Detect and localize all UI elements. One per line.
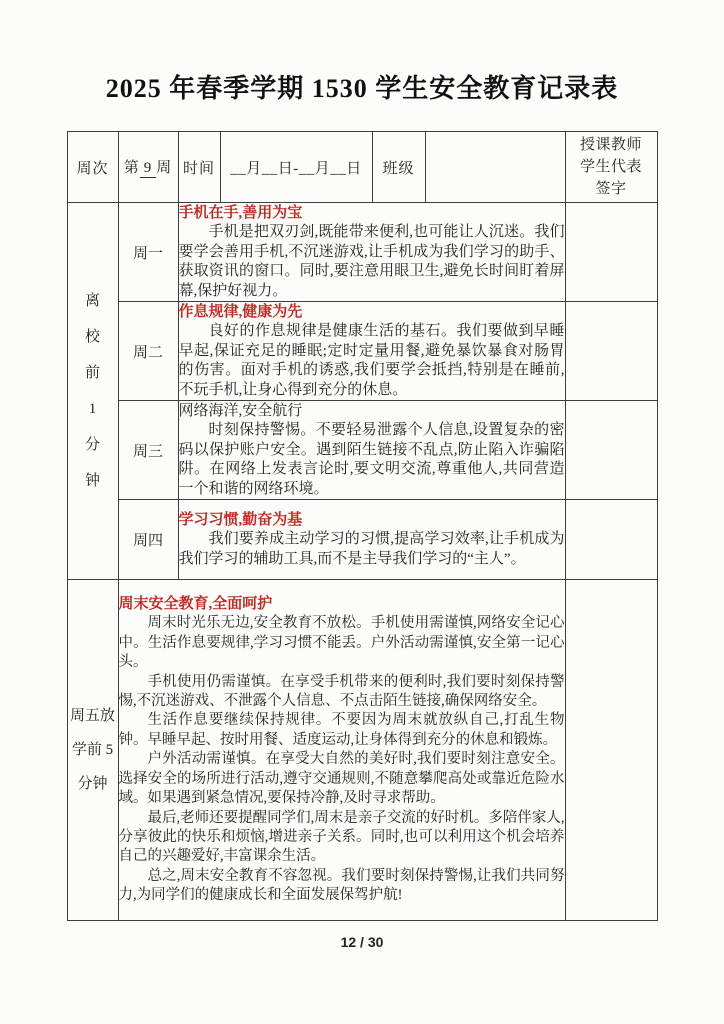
signature-cell <box>565 401 657 500</box>
topic-body: 我们要养成主动学习的习惯,提高学习效率,让手机成为我们学习的辅助工具,而不是主导… <box>179 530 565 569</box>
signer-header-cell: 授课教师 学生代表 签字 <box>565 132 657 203</box>
table-header-row: 周次 第9周 时间 __月__日-__月__日 班级 授课教师 学生代表 签字 <box>67 132 657 203</box>
topic-paragraph: 总之,周末安全教育不容忽视。我们要时刻保持警惕,让我们共同努力,为同学们的健康成… <box>119 867 565 906</box>
time-value-cell: __月__日-__月__日 <box>220 132 372 203</box>
topic-paragraph: 周末时光乐无边,安全教育不放松。手机使用需谨慎,网络安全记心中。生活作息要规律,… <box>119 614 565 672</box>
page-number: 12 / 30 <box>0 934 724 950</box>
topic-body: 良好的作息规律是健康生活的基石。我们要做到早睡早起,保证充足的睡眠;定时定量用餐… <box>179 322 565 400</box>
document-page: 2025 年春季学期 1530 学生安全教育记录表 周次 第9周 时间 __月_… <box>0 0 724 1024</box>
day-label-monday: 周一 <box>118 203 178 302</box>
week-suffix: 周 <box>156 160 172 176</box>
content-cell-thursday: 学习习惯,勤奋为基 我们要养成主动学习的习惯,提高学习效率,让手机成为我们学习的… <box>178 500 565 580</box>
signature-cell <box>565 203 657 302</box>
content-cell-tuesday: 作息规律,健康为先 良好的作息规律是健康生活的基石。我们要做到早睡早起,保证充足… <box>178 302 565 401</box>
table-row: 离 校 前 1 分 钟 周一 手机在手,善用为宝 手机是把双刃剑,既能带来便利,… <box>67 203 657 302</box>
table-row: 周五放 学前 5 分钟 周末安全教育,全面呵护 周末时光乐无边,安全教育不放松。… <box>67 580 657 921</box>
day-label-wednesday: 周三 <box>118 401 178 500</box>
content-cell-monday: 手机在手,善用为宝 手机是把双刃剑,既能带来便利,也可能让人沉迷。我们要学会善用… <box>178 203 565 302</box>
content-cell-wednesday: 网络海洋,安全航行 时刻保持警惕。不要轻易泄露个人信息,设置复杂的密码以保护账户… <box>178 401 565 500</box>
week-value-cell: 第9周 <box>118 132 178 203</box>
class-label-cell: 班级 <box>372 132 425 203</box>
signature-cell <box>565 580 657 921</box>
topic-paragraph: 手机使用仍需谨慎。在享受手机带来的便利时,我们要时刻保持警惕,不沉迷游戏、不泄露… <box>119 673 565 712</box>
friday-section-label: 周五放 学前 5 分钟 <box>67 580 118 921</box>
topic-title: 作息规律,健康为先 <box>179 302 565 322</box>
topic-body: 时刻保持警惕。不要轻易泄露个人信息,设置复杂的密码以保护账户安全。遇到陌生链接不… <box>179 421 565 499</box>
signature-cell <box>565 500 657 580</box>
topic-paragraph: 最后,老师还要提醒同学们,周末是亲子交流的好时机。多陪伴家人,分享彼此的快乐和烦… <box>119 809 565 867</box>
record-table: 周次 第9周 时间 __月__日-__月__日 班级 授课教师 学生代表 签字 … <box>67 131 658 921</box>
topic-paragraph: 户外活动需谨慎。在享受大自然的美好时,我们要时刻注意安全。选择安全的场所进行活动… <box>119 750 565 808</box>
table-row: 周三 网络海洋,安全航行 时刻保持警惕。不要轻易泄露个人信息,设置复杂的密码以保… <box>67 401 657 500</box>
topic-title: 周末安全教育,全面呵护 <box>119 594 565 614</box>
week-label-cell: 周次 <box>67 132 118 203</box>
day-label-thursday: 周四 <box>118 500 178 580</box>
topic-title: 网络海洋,安全航行 <box>179 401 565 421</box>
signature-cell <box>565 302 657 401</box>
topic-title: 手机在手,善用为宝 <box>179 203 565 223</box>
class-value-cell <box>425 132 565 203</box>
daily-section-label: 离 校 前 1 分 钟 <box>67 203 118 580</box>
topic-paragraph: 生活作息要继续保持规律。不要因为周末就放纵自己,打乱生物钟。早睡早起、按时用餐、… <box>119 711 565 750</box>
time-label-cell: 时间 <box>178 132 220 203</box>
content-cell-friday: 周末安全教育,全面呵护 周末时光乐无边,安全教育不放松。手机使用需谨慎,网络安全… <box>118 580 565 921</box>
week-prefix: 第 <box>124 160 140 176</box>
table-row: 周四 学习习惯,勤奋为基 我们要养成主动学习的习惯,提高学习效率,让手机成为我们… <box>67 500 657 580</box>
topic-body: 手机是把双刃剑,既能带来便利,也可能让人沉迷。我们要学会善用手机,不沉迷游戏,让… <box>179 223 565 301</box>
table-row: 周二 作息规律,健康为先 良好的作息规律是健康生活的基石。我们要做到早睡早起,保… <box>67 302 657 401</box>
topic-title: 学习习惯,勤奋为基 <box>179 510 565 530</box>
page-title: 2025 年春季学期 1530 学生安全教育记录表 <box>0 68 724 105</box>
day-label-tuesday: 周二 <box>118 302 178 401</box>
week-number: 9 <box>140 160 157 178</box>
